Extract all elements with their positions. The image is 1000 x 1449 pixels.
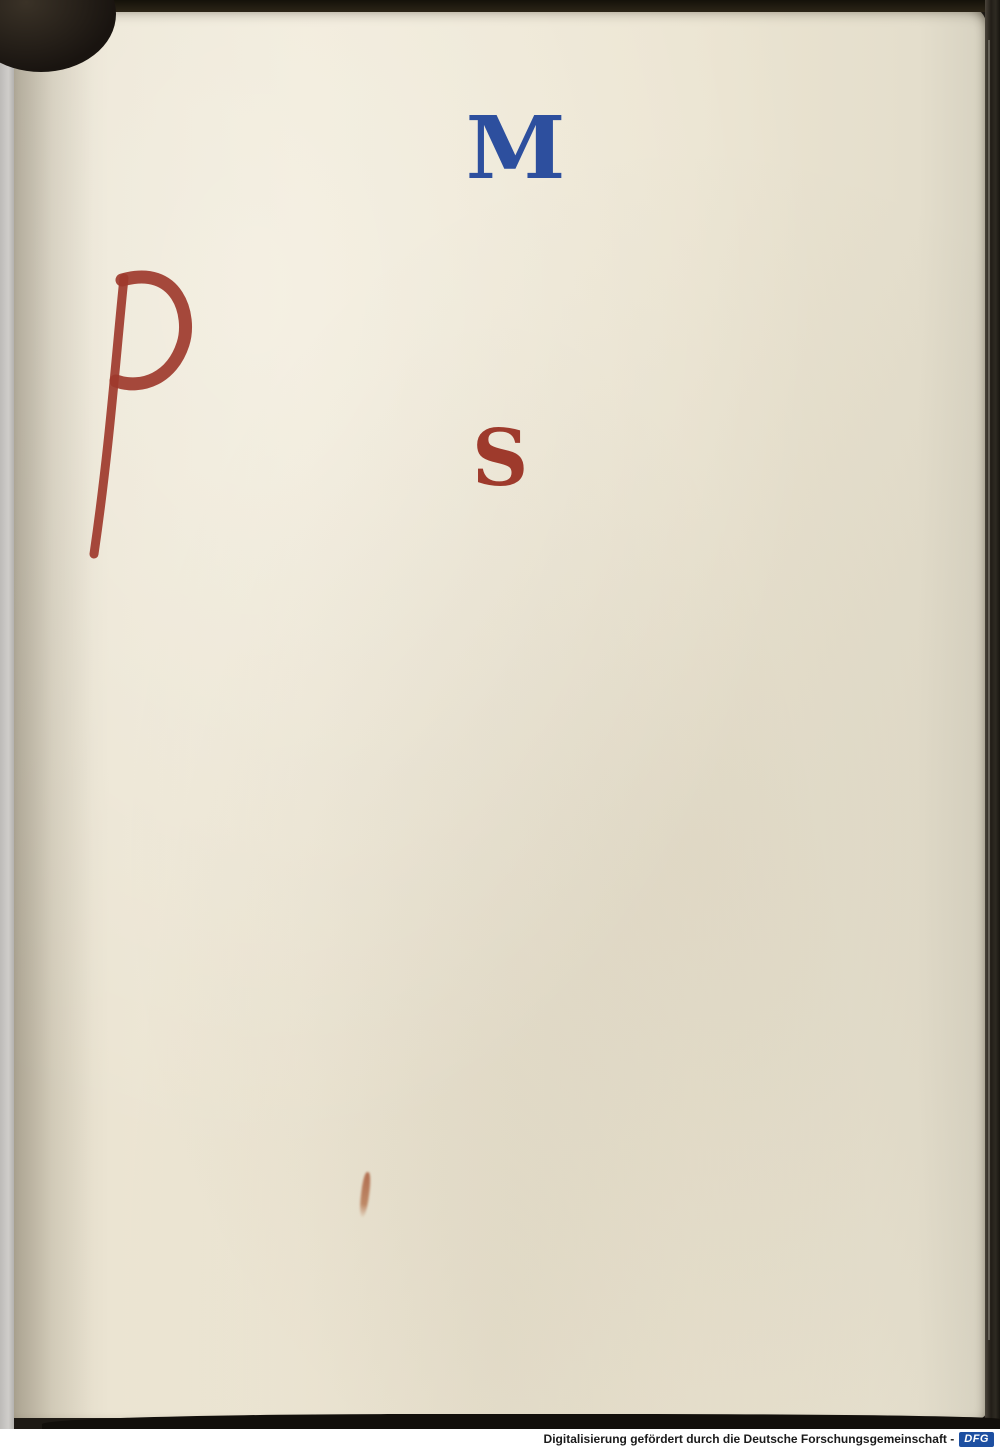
digitization-footer: Digitalisierung gefördert durch die Deut…	[0, 1429, 1000, 1449]
initial-p-lombard	[86, 264, 196, 564]
page-stack-highlight	[988, 40, 990, 1340]
initial-s-lombard: S	[472, 420, 528, 498]
scanner-left-strip	[0, 0, 14, 1449]
footer-credit-text: Digitalisierung gefördert durch die Deut…	[544, 1432, 955, 1446]
gutter-shadow	[12, 8, 102, 1418]
parchment-page	[12, 8, 986, 1418]
book-top-edge	[0, 0, 1000, 12]
manuscript-scan-page: { "page": { "capitulum_glyph": "C", "ini…	[0, 0, 1000, 1449]
book-right-edge	[985, 0, 1000, 1432]
dfg-logo: DFG	[959, 1432, 994, 1447]
initial-p-drawing	[86, 264, 196, 564]
initial-m-lombard: M	[466, 106, 566, 192]
